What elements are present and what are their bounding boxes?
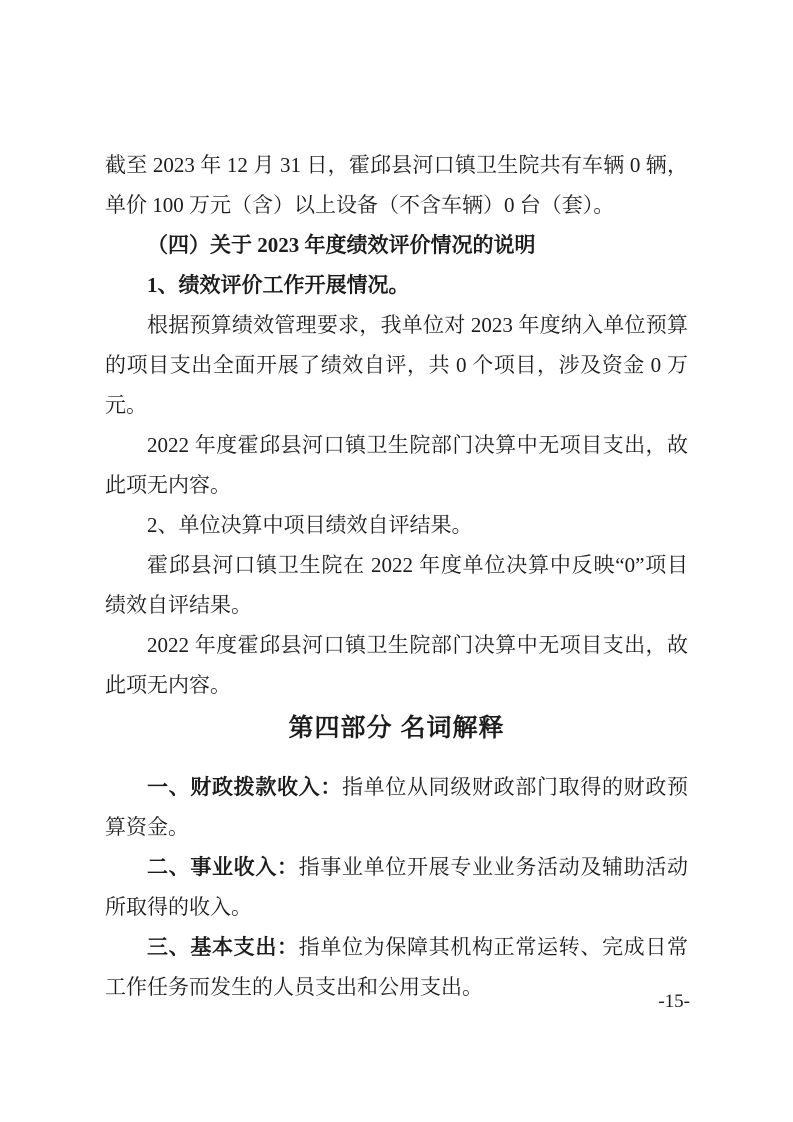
term-definition-fiscal-appropriation-income: 一、财政拨款收入：指单位从同级财政部门取得的财政预算资金。 xyxy=(105,767,688,847)
paragraph-vehicle-equipment-carryover: 截至 2023 年 12 月 31 日，霍邱县河口镇卫生院共有车辆 0 辆，单价… xyxy=(105,145,688,225)
paragraph-no-project-expenditure-1: 2022 年度霍邱县河口镇卫生院部门决算中无项目支出，故此项无内容。 xyxy=(105,425,688,505)
term-definition-institutional-income: 二、事业收入：指事业单位开展专业业务活动及辅助活动所取得的收入。 xyxy=(105,847,688,927)
paragraph-self-evaluation-summary: 根据预算绩效管理要求，我单位对 2023 年度纳入单位预算的项目支出全面开展了绩… xyxy=(105,305,688,425)
term-label: 三、基本支出： xyxy=(147,935,299,959)
page-number: -15- xyxy=(658,990,690,1014)
part4-title: 第四部分 名词解释 xyxy=(105,707,688,749)
paragraph-no-project-expenditure-2: 2022 年度霍邱县河口镇卫生院部门决算中无项目支出，故此项无内容。 xyxy=(105,625,688,705)
document-page: 截至 2023 年 12 月 31 日，霍邱县河口镇卫生院共有车辆 0 辆，单价… xyxy=(0,0,793,1122)
term-label: 二、事业收入： xyxy=(147,855,299,879)
paragraph-zero-evaluation-results: 霍邱县河口镇卫生院在 2022 年度单位决算中反映“0”项目绩效自评结果。 xyxy=(105,545,688,625)
item-heading-performance-work-status: 1、绩效评价工作开展情况。 xyxy=(105,265,688,305)
section-heading-performance-evaluation: （四）关于 2023 年度绩效评价情况的说明 xyxy=(105,225,688,265)
term-label: 一、财政拨款收入： xyxy=(147,775,342,799)
item-heading-self-evaluation-results: 2、单位决算中项目绩效自评结果。 xyxy=(105,505,688,545)
document-body: 截至 2023 年 12 月 31 日，霍邱县河口镇卫生院共有车辆 0 辆，单价… xyxy=(105,145,688,1007)
term-definition-basic-expenditure: 三、基本支出：指单位为保障其机构正常运转、完成日常工作任务而发生的人员支出和公用… xyxy=(105,927,688,1007)
